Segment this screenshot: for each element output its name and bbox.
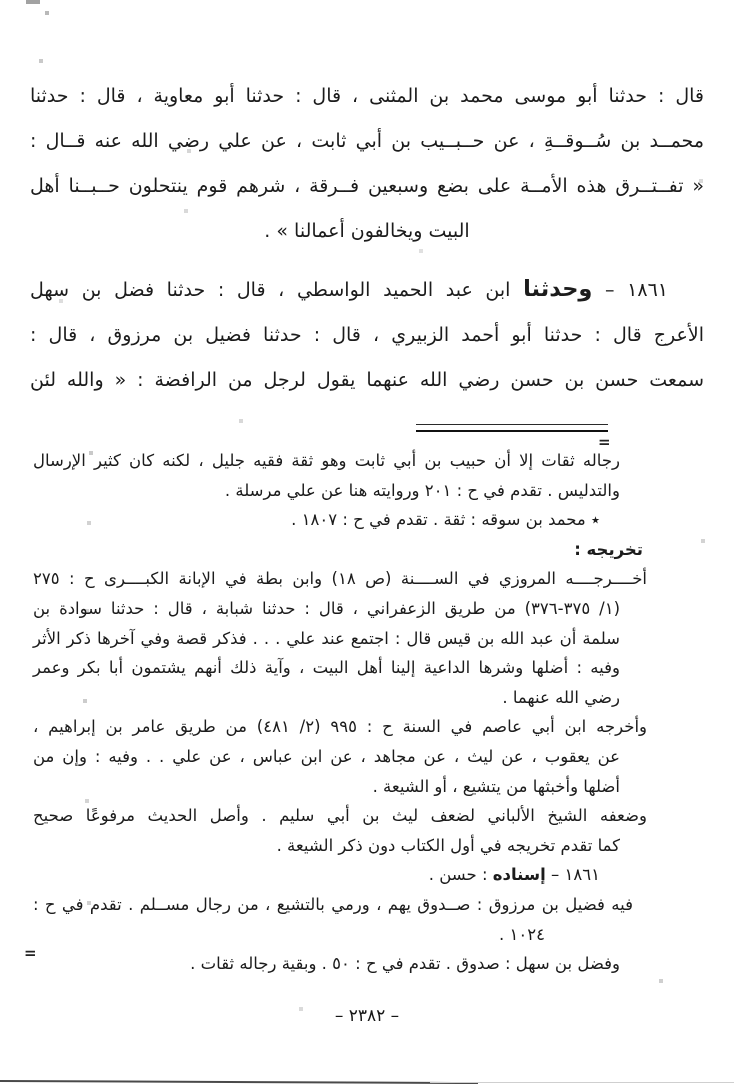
footnote-line: رضي الله عنهما . [33,683,620,713]
main-line: « تفــتــرق هذه الأمــة على بضع وسبعين ف… [30,164,704,209]
main-line: الأعرج قال : حدثنا أبو أحمد الزبيري ، قا… [30,313,704,358]
footnote-line: ١٠٢٤ . [33,920,545,950]
footnote-line: كما تقدم تخريجه في أول الكتاب دون ذكر ال… [33,831,620,861]
footnote-line: وأخرجه ابن أبي عاصم في السنة ح : ٩٩٥ (٢/… [33,712,647,742]
scan-speckles [0,0,2,2]
takhrij-heading: تخريجه : [33,535,643,565]
scan-edge-line [0,1080,478,1084]
footnotes-block: رجاله ثقات إلا أن حبيب بن أبي ثابت وهو ث… [33,446,705,979]
footnote-line: أخــــرجــــه المروزي في الســــنة (ص ١٨… [33,564,647,594]
scan-edge-line-faint [430,1082,734,1083]
footnote-line: وفيه : أضلها وشرها الداعية إلينا أهل الب… [33,653,620,683]
isnad-grade-line: ١٨٦١ – إسناده : حسن . [33,860,600,890]
footnote-line: أضلها وأخبثها من يتشيع ، أو الشيعة . [33,772,620,802]
hadith-isnad-text: ابن عبد الحميد الواسطي ، قال : حدثنا فضل… [30,279,523,301]
footnote-line: والتدليس . تقدم في ح : ٢٠١ وروايته هنا ع… [33,476,620,506]
main-line: محمــد بن سُــوقــةِ ، عن حــبــيب بن أب… [30,119,704,164]
hadith-number: ١٨٦١ – [592,279,668,301]
footnote-line: سلمة أن عبد الله بن قيس قال : اجتمع عند … [33,624,620,654]
page-number: – ٢٣٨٢ – [0,1006,734,1026]
footnote-line: وضعفه الشيخ الألباني لضعف ليث بن أبي سلي… [33,801,647,831]
isnad-hadith-number: ١٨٦١ – [546,865,600,884]
main-text-block: قال : حدثنا أبو موسى محمد بن المثنى ، قا… [30,74,704,403]
hadith-1861-first-line: ١٨٦١ – وحدثنا ابن عبد الحميد الواسطي ، ق… [30,267,668,313]
scan-corner-mark [26,0,40,4]
isnad-grade: : حسن . [429,865,493,884]
footnote-line: فيه فضيل بن مرزوق : صــدوق يهم ، ورمي با… [33,890,633,920]
footnote-line: (١/ ٣٧٥-٣٧٦) من طريق الزعفراني ، قال : ح… [33,594,620,624]
main-line: سمعت حسن بن حسن رضي الله عنهما يقول لرجل… [30,358,704,403]
scanned-book-page: قال : حدثنا أبو موسى محمد بن المثنى ، قا… [0,0,734,1084]
footnote-separator-rule [416,424,608,432]
footnote-line: ٭ محمد بن سوقه : ثقة . تقدم في ح : ١٨٠٧ … [33,505,600,535]
footnote-line: رجاله ثقات إلا أن حبيب بن أبي ثابت وهو ث… [33,446,620,476]
hadith-closing-line: البيت ويخالفون أعمالنا » . [170,209,564,254]
footnote-line: وفضل بن سهل : صدوق . تقدم في ح : ٥٠ . وب… [33,949,620,979]
hadith-opening-word: وحدثنا [523,276,592,302]
isnad-label: إسناده [493,865,546,884]
main-line: قال : حدثنا أبو موسى محمد بن المثنى ، قا… [30,74,704,119]
footnote-line: عن يعقوب ، عن ليث ، عن مجاهد ، عن ابن عب… [33,742,620,772]
